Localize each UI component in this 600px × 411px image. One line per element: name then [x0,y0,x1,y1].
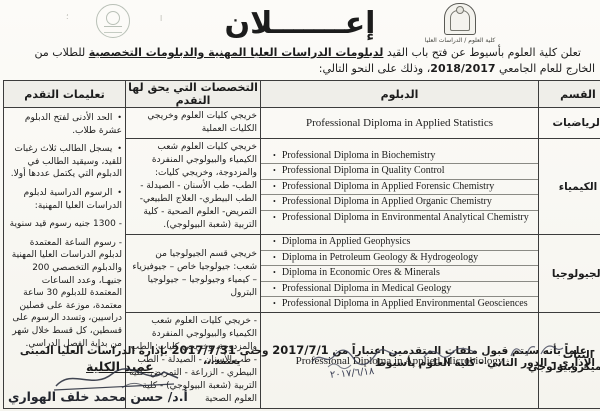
intro-underlined-phrase: لدبلومات الدراسات العليا المهنية والدبلو… [89,46,384,59]
academic-year: 2018/2017 [430,62,495,75]
eligible-cell: خريجي كليات العلوم وخريجي الكليات العملي… [126,108,261,139]
header-eligible: التخصصات التي يحق لها التقدم [126,81,261,108]
diploma-list-item: •Diploma in Applied Geophysics [261,235,538,251]
bullet-icon: • [273,151,276,161]
approval-label: يعتمد،،، [203,356,240,367]
diploma-list-item: •Professional Diploma in Medical Geology [261,282,538,298]
handwritten-mark-center [420,343,480,363]
instruction-text: - رسوم الساعة المعتمدة لدبلوم الدراسات ا… [12,238,122,349]
diploma-name: Professional Diploma in Applied Environm… [282,298,528,311]
diploma-list-item: •Professional Diploma in Biochemistry [261,149,538,165]
header-diploma: الدبلوم [261,81,539,108]
diploma-name: Professional Diploma in Medical Geology [282,283,451,296]
department-cell: الجيولوجيا [539,235,600,313]
instruction-item: - رسوم الساعة المعتمدة لدبلوم الدراسات ا… [7,237,122,350]
dean-name: أ.د/ حسن محمد خلف الهواري [8,389,188,404]
table-header-row: القسم الدبلوم التخصصات التي يحق لها التق… [4,81,600,108]
instruction-text: يسجل الطالب ثلاث رغبات للقيد، وسيقيد الط… [11,144,122,179]
department-cell: الكيمياء [539,139,600,235]
instruction-item: • الحد الأدنى لفتح الدبلوم عشرة طلاب. [7,112,122,137]
instruction-text: - 1300 جنيه رسوم قيد سنوية [10,219,122,229]
bullet-icon: • [273,253,276,263]
diploma-name: Professional Diploma in Applied Organic … [282,196,492,209]
diploma-list-item: •Professional Diploma in Quality Control [261,164,538,180]
instruction-item: • الرسوم الدراسية لدبلوم الدراسات العليا… [7,187,122,212]
handwritten-mark-right [505,340,567,362]
table-row: الرياضياتProfessional Diploma in Applied… [4,108,600,139]
diploma-name: Diploma in Petroleum Geology & Hydrogeol… [282,252,478,265]
intro-paragraph: تعلن كلية العلوم بأسيوط عن فتح باب القيد… [5,45,595,77]
eligible-cell: خريجي قسم الجيولوجيا من شعب: جيولوجيا خا… [126,235,261,313]
announcement-document: ؛ ا إعـــــــلان كلية العلوم / الدراسات … [0,0,600,411]
department-cell: الرياضيات [539,108,600,139]
diploma-name: Professional Diploma in Applied Forensic… [282,181,494,194]
diploma-name: Professional Diploma in Environmental An… [282,212,529,225]
instruction-text: الرسوم الدراسية لدبلوم الدراسات العليا ا… [24,188,122,211]
diploma-name: Professional Diploma in Quality Control [282,165,445,178]
header-instructions: تعليمات التقدم [4,81,126,108]
diploma-cell: Professional Diploma in Applied Statisti… [261,108,539,139]
bullet-icon: • [117,188,122,197]
page-title: إعـــــــلان [0,6,600,41]
diploma-list: •Professional Diploma in Biochemistry•Pr… [261,149,538,226]
end-date: 2017/7/31 [172,343,236,357]
intro-prefix: تعلن كلية العلوم بأسيوط عن فتح باب القيد [383,46,581,59]
handwritten-signature-middle [308,346,403,370]
bullet-icon: • [273,299,276,309]
note-middle: وحتى [236,345,272,357]
diploma-list-item: •Professional Diploma in Applied Environ… [261,297,538,312]
bullet-icon: • [273,197,276,207]
diploma-name: Diploma in Economic Ores & Minerals [282,267,440,280]
faculty-logo-caption: كلية العلوم / الدراسات العليا [420,37,500,44]
diploma-name: Professional Diploma in Applied Statisti… [306,117,493,129]
instruction-item: • يسجل الطالب ثلاث رغبات للقيد، وسيقيد ا… [7,143,122,181]
diploma-list: •Diploma in Applied Geophysics•Diploma i… [261,235,538,312]
bullet-icon: • [273,213,276,223]
bullet-icon: • [117,144,122,153]
bullet-icon: • [273,166,276,176]
diploma-name: Professional Diploma in Biochemistry [282,150,436,163]
diploma-cell: •Professional Diploma in Biochemistry•Pr… [261,139,539,235]
diploma-list-item: •Diploma in Economic Ores & Minerals [261,266,538,282]
bullet-icon: • [273,237,276,247]
diploma-list-item: •Professional Diploma in Applied Forensi… [261,180,538,196]
faculty-logo: كلية العلوم / الدراسات العليا [420,3,500,44]
diploma-cell: •Diploma in Applied Geophysics•Diploma i… [261,235,539,313]
eligible-cell: خريجي كليات العلوم شعب الكيمياء والبيولو… [126,139,261,235]
intro-suffix: ، وذلك على النحو التالي: [319,62,431,75]
bullet-icon: • [273,284,276,294]
bullet-icon: • [273,268,276,278]
diploma-name: Diploma in Applied Geophysics [282,236,411,249]
diploma-list-item: •Professional Diploma in Applied Organic… [261,195,538,211]
faculty-emblem-icon [444,3,476,35]
diploma-list-item: •Diploma in Petroleum Geology & Hydrogeo… [261,251,538,267]
bullet-icon: • [273,182,276,192]
header-department: القسم [539,81,600,108]
diploma-list-item: •Professional Diploma in Environmental A… [261,211,538,226]
instruction-text: الحد الأدنى لفتح الدبلوم عشرة طلاب. [25,113,122,136]
bullet-icon: • [117,113,122,122]
instruction-item: - 1300 جنيه رسوم قيد سنوية [7,218,122,231]
